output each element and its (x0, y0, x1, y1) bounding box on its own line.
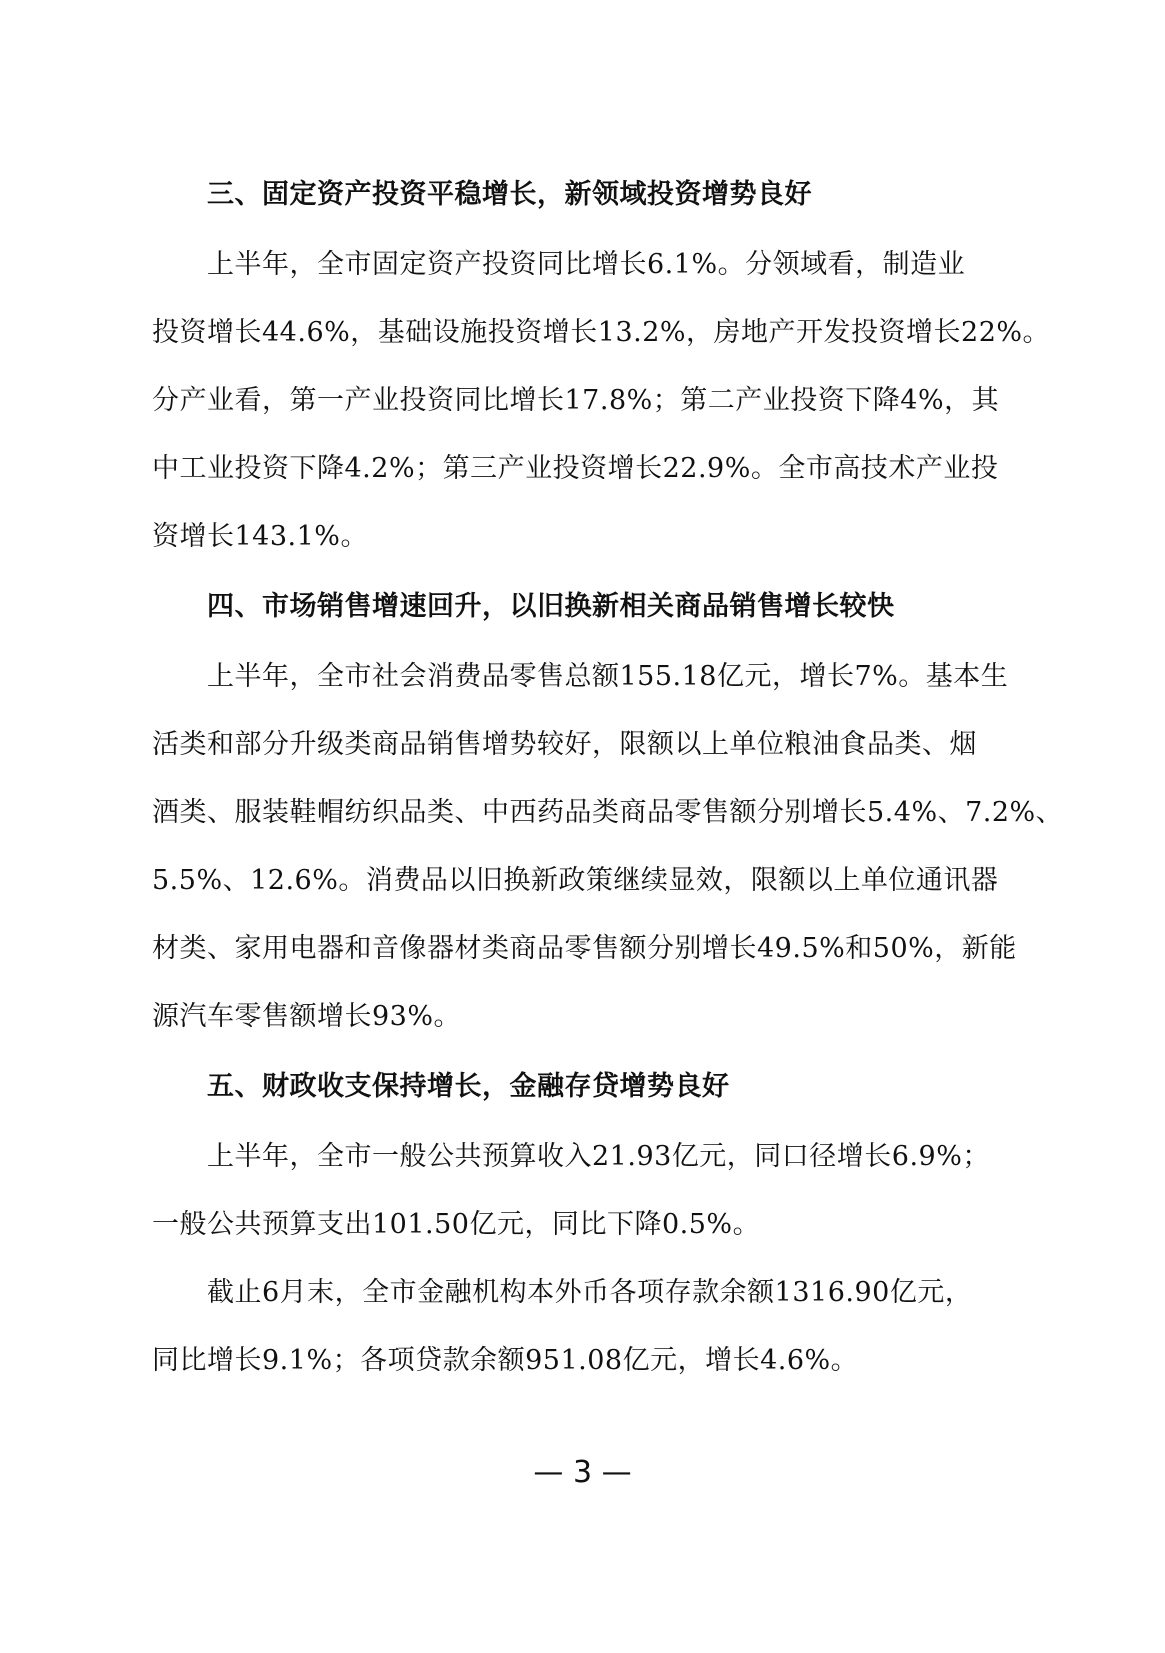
paragraph-line: 上半年，全市一般公共预算收入21.93亿元，同口径增长6.9%； (207, 1140, 990, 1174)
document-page: 三、固定资产投资平稳增长，新领域投资增势良好 上半年，全市固定资产投资同比增长6… (0, 0, 1165, 1653)
section-heading-4: 四、市场销售增速回升，以旧换新相关商品销售增长较快 (207, 590, 895, 624)
paragraph-line: 活类和部分升级类商品销售增势较好，限额以上单位粮油食品类、烟 (152, 728, 977, 762)
page-number: — 3 — (0, 1455, 1165, 1491)
paragraph-line: 上半年，全市固定资产投资同比增长6.1%。分领域看，制造业 (207, 248, 965, 282)
paragraph-line: 一般公共预算支出101.50亿元，同比下降0.5%。 (152, 1208, 760, 1242)
paragraph-line: 资增长143.1%。 (152, 520, 368, 554)
paragraph-line: 酒类、服装鞋帽纺织品类、中西药品类商品零售额分别增长5.4%、7.2%、 (152, 796, 1063, 830)
paragraph-line: 源汽车零售额增长93%。 (152, 1000, 461, 1034)
paragraph-line: 截止6月末，全市金融机构本外币各项存款余额1316.90亿元， (207, 1276, 972, 1310)
paragraph-line: 同比增长9.1%；各项贷款余额951.08亿元，增长4.6%。 (152, 1344, 858, 1378)
paragraph-line: 材类、家用电器和音像器材类商品零售额分别增长49.5%和50%，新能 (152, 932, 1017, 966)
paragraph-line: 上半年，全市社会消费品零售总额155.18亿元，增长7%。基本生 (207, 660, 1008, 694)
paragraph-line: 分产业看，第一产业投资同比增长17.8%；第二产业投资下降4%，其 (152, 384, 999, 418)
paragraph-line: 中工业投资下降4.2%；第三产业投资增长22.9%。全市高技术产业投 (152, 452, 998, 486)
paragraph-line: 投资增长44.6%，基础设施投资增长13.2%，房地产开发投资增长22%。 (152, 316, 1050, 350)
section-heading-3: 三、固定资产投资平稳增长，新领域投资增势良好 (207, 178, 812, 212)
section-heading-5: 五、财政收支保持增长，金融存贷增势良好 (207, 1070, 730, 1104)
paragraph-line: 5.5%、12.6%。消费品以旧换新政策继续显效，限额以上单位通讯器 (152, 864, 998, 898)
